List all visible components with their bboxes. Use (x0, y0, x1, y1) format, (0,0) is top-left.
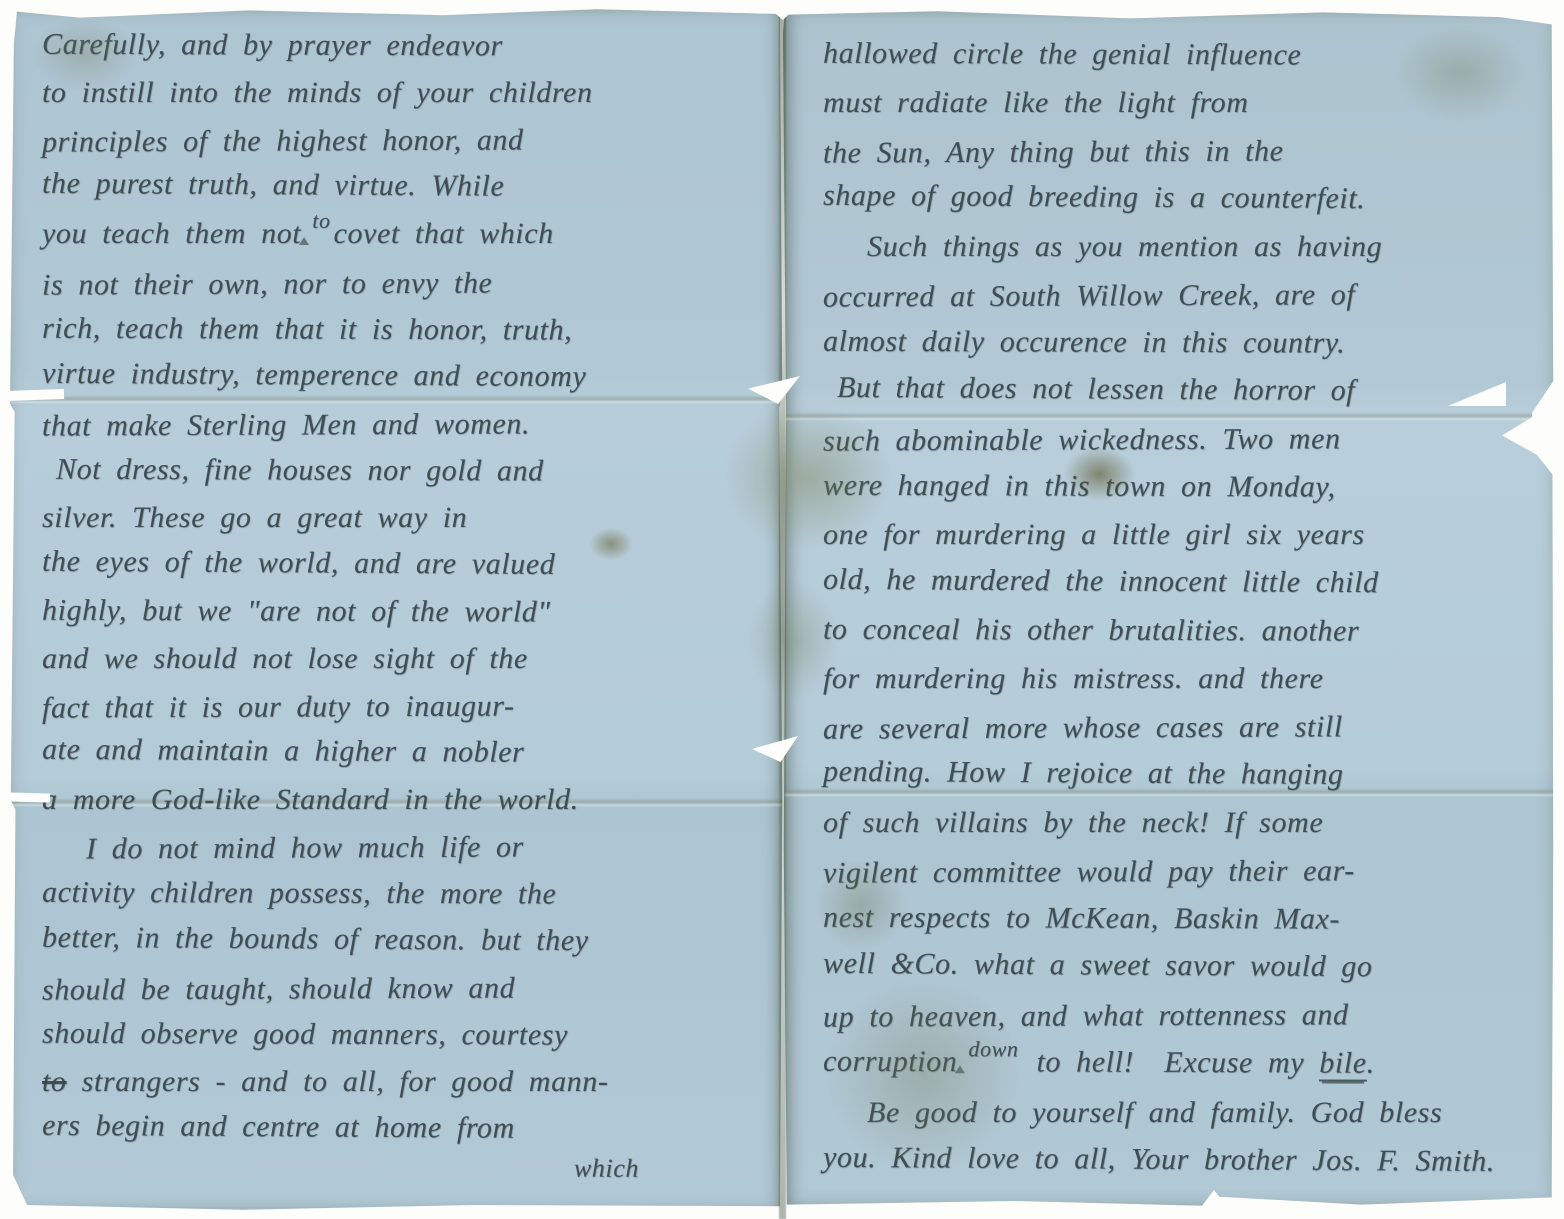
letter-line: ate and maintain a higher a nobler (42, 726, 767, 777)
letter-line: to strangers - and to all, for good mann… (42, 1058, 767, 1105)
letter-line: of such villains by the neck! If some (823, 799, 1542, 847)
stain-mark (14, 4, 154, 104)
letter-line: is not their own, nor to envy the (42, 258, 767, 308)
center-fold-seam (779, 0, 786, 1219)
stain-mark (728, 555, 858, 725)
letter-line: shape of good breeding is a counterfeit. (823, 172, 1542, 224)
stain-mark (788, 940, 1058, 1210)
letter-line: principles of the highest honor, and (42, 115, 767, 165)
letter-text-left: Carefully, and by prayer endeavor to ins… (10, 8, 783, 1191)
letter-line: occurred at South Willow Creek, are of (823, 270, 1542, 321)
letter-line: nest respects to McKean, Baskin Max- (823, 894, 1542, 945)
stain-mark (1052, 438, 1147, 510)
letter-line: should be taught, should know and (42, 963, 767, 1013)
letter-line: Such things as you mention as having (823, 223, 1542, 271)
letter-line: such abominable wickedness. Two men (823, 414, 1542, 465)
caret-mark (299, 237, 309, 245)
letter-line: better, in the bounds of reason. but the… (42, 914, 767, 965)
letter-line: to conceal his other brutalities. anothe… (823, 606, 1542, 657)
inserted-word-above-line: to (312, 197, 330, 244)
letter-line: activity children possess, the more the (42, 869, 767, 919)
letter-line: highly, but we "are not of the world" (42, 587, 767, 637)
letter-line: old, he murdered the innocent little chi… (823, 556, 1542, 608)
letter-line: and we should not lose sight of the (42, 635, 767, 682)
letter-line: the eyes of the world, and are valued (42, 538, 767, 589)
stain-mark (582, 522, 640, 566)
letter-scan: Carefully, and by prayer endeavor to ins… (0, 0, 1564, 1219)
catchword: which (42, 1143, 767, 1193)
letter-line: silver. These go a great way in (42, 494, 767, 541)
letter-line: almost daily occurence in this country. (823, 318, 1542, 369)
letter-line: to instill into the minds of your childr… (42, 69, 767, 116)
letter-line: I do not mind how much life or (42, 822, 767, 872)
letter-line: you teach them nottocovet that which (42, 210, 767, 259)
letter-line: But that does not lessen the horror of (823, 364, 1542, 416)
letter-line: pending. How I rejoice at the hanging (823, 748, 1542, 800)
letter-line: should observe good manners, courtesy (42, 1010, 767, 1060)
letter-line: vigilent committee would pay their ear- (823, 846, 1542, 897)
letter-line: were hanged in this town on Monday, (823, 462, 1542, 513)
letter-page-left: Carefully, and by prayer endeavor to ins… (10, 8, 783, 1211)
letter-line: one for murdering a little girl six year… (823, 511, 1542, 559)
letter-line: Not dress, fine houses nor gold and (42, 446, 767, 496)
crossed-out-word: to (42, 1065, 67, 1098)
letter-line: fact that it is our duty to inaugur- (42, 681, 767, 731)
letter-line: the purest truth, and virtue. While (42, 160, 767, 211)
stain-mark (690, 375, 925, 580)
stain-mark (1370, 8, 1550, 138)
stain-mark (796, 840, 926, 970)
letter-line: for murdering his mistress. and there (823, 655, 1542, 703)
letter-line: are several more whose cases are still (823, 702, 1542, 753)
letter-line: rich, teach them that it is honor, truth… (42, 305, 767, 355)
letter-line: virtue industry, temperence and economy (42, 350, 767, 401)
letter-line: a more God-like Standard in the world. (42, 776, 767, 823)
letter-line: that make Sterling Men and women. (42, 399, 767, 449)
underlined-word: bile (1319, 1046, 1367, 1081)
tear-notch (6, 792, 50, 802)
tear-notch (6, 389, 64, 401)
